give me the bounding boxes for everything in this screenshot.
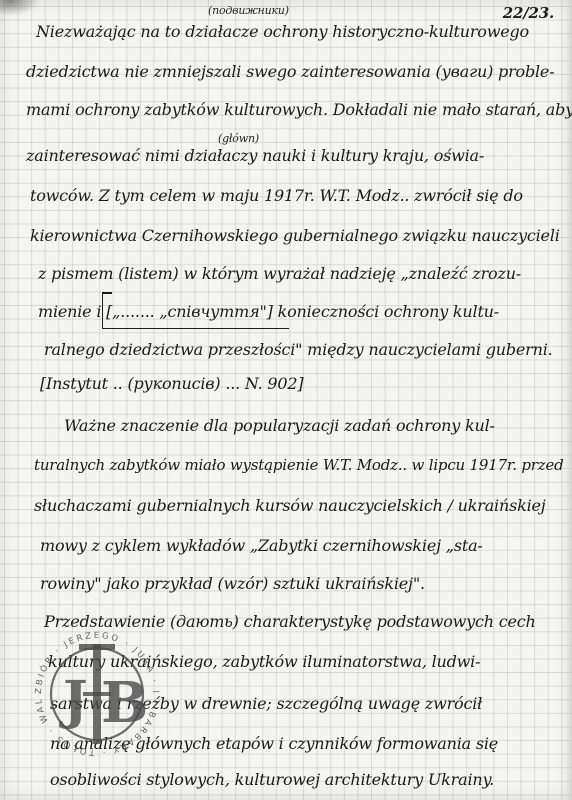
text-line-8: mienie i [„....... „співчуття"] konieczn… [38,302,499,321]
text-line-20: osobliwości stylowych, kulturowej archit… [50,770,494,789]
archive-stamp: ZBIÓR · JERZEGO · JURA · I · BARBARY · T… [33,630,161,758]
text-line-15: rowiny" jako przykład (wzór) sztuki ukra… [40,574,425,593]
text-line-16: Przedstawienie (дають) charakterystykę p… [44,612,536,631]
monogram-stamp-icon: ZBIÓR · JERZEGO · JURA · I · BARBARY · T… [33,630,161,758]
text-line-6: kierownictwa Czernihowskiego gubernialne… [30,226,560,245]
svg-text:B: B [101,670,148,736]
text-line-1: Niezważając na to działacze ochrony hist… [36,22,529,41]
text-line-10-archive-reference: [Instytut .. (рукописів) ... N. 902] [40,374,303,393]
bracket-top-tick [102,292,112,294]
text-line-5: towców. Z tym celem w maju 1917r. W.T. M… [30,186,523,205]
page-number: 22/23. [503,4,554,22]
text-line-7: z pismem (listem) w którym wyrażał nadzi… [38,264,521,283]
text-line-12: turalnych zabytków miało wystąpienie W.T… [34,456,564,474]
text-line-14: mowy z cyklem wykładów „Zabytki czerniho… [40,536,483,555]
text-line-9: ralnego dziedzictwa przeszłości" między … [44,340,553,359]
svg-text:J: J [59,670,88,731]
text-line-11: Ważne znaczenie dla popularyzacji zadań … [64,416,495,435]
manuscript-page: (подвижники) 22/23. Niezważając na to dz… [0,0,572,800]
text-line-2: dziedzictwa nie zmniejszali swego zainte… [26,62,554,81]
text-line-3: mami ochrony zabytków kulturowych. Dokła… [26,100,572,119]
header-annotation: (подвижники) [208,4,289,17]
text-line-13: słuchaczami gubernialnych kursów nauczyc… [34,496,546,515]
paper-edge [566,0,572,800]
scan-corner-shadow [0,0,40,16]
interlinear-annotation: (główn) [218,132,259,145]
text-line-4: zainteresować nimi działaczy nauki i kul… [26,146,484,165]
